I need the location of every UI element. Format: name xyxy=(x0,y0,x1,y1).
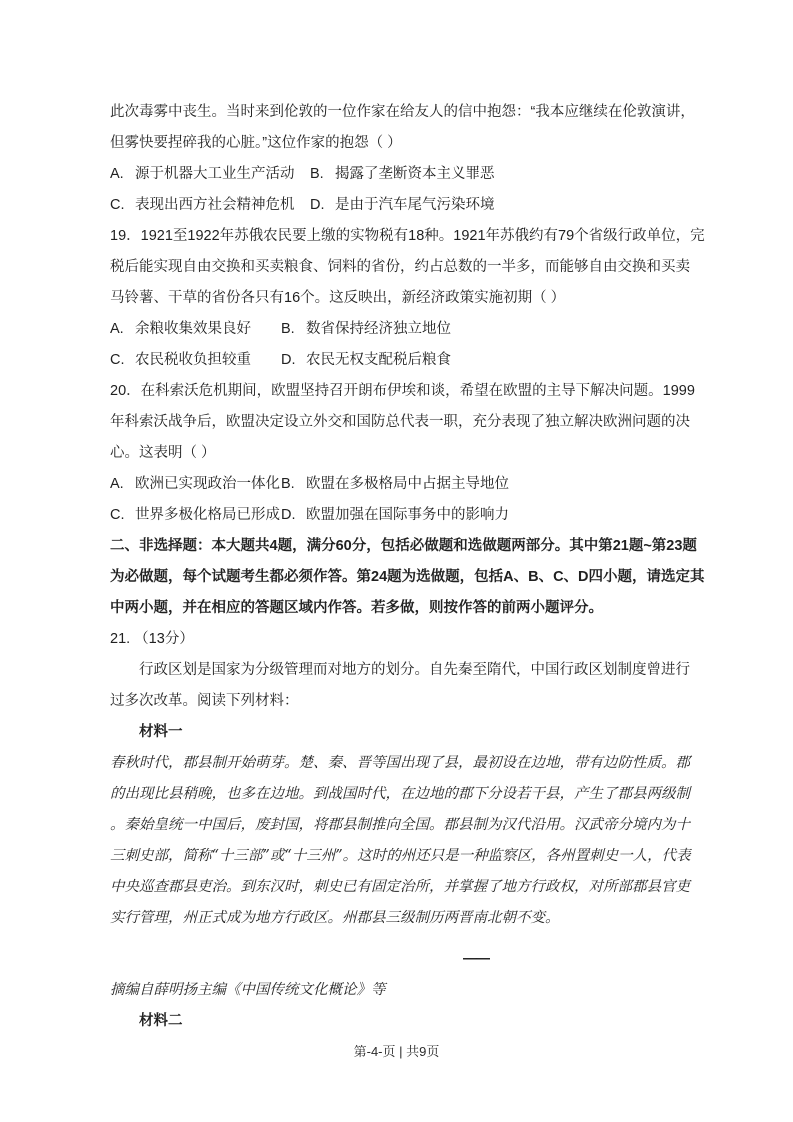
q18-option-b-label: B. xyxy=(310,159,335,190)
q18-option-a-text: 源于机器大工业生产活动 xyxy=(135,159,295,190)
q21-intro-line-1: 行政区划是国家为分级管理而对地方的划分。自先秦至隋代，中国行政区划制度曾进行 xyxy=(110,655,688,686)
q20-option-d-text: 欧盟加强在国际事务中的影响力 xyxy=(306,500,509,531)
q18-option-d-text: 是由于汽车尾气污染环境 xyxy=(335,190,495,221)
q20-option-b-label: B. xyxy=(281,469,306,500)
q20-stem-line-1: 20．在科索沃危机期间，欧盟坚持召开朗布伊埃和谈，希望在欧盟的主导下解决问题。1… xyxy=(110,376,688,407)
q19-option-d: D. 农民无权支配税后粮食 xyxy=(281,345,451,376)
q19-stem-line-3: 马铃薯、干草的省份各只有16个。这反映出，新经济政策实施初期（ ） xyxy=(110,283,688,314)
q20-stem-line-2: 年科索沃战争后，欧盟决定设立外交和国防总代表一职，充分表现了独立解决欧洲问题的决 xyxy=(110,407,688,438)
material-1-line-3: 。秦始皇统一中国后，废封国，将郡县制推向全国。郡县制为汉代沿用。汉武帝分境内为十 xyxy=(110,810,688,841)
q19-stem-line-2: 税后能实现自由交换和买卖粮食、饲料的省份，约占总数的一半多，而能够自由交换和买卖 xyxy=(110,252,688,283)
q20-option-b-text: 欧盟在多极格局中占据主导地位 xyxy=(306,469,509,500)
q20-options-row-cd: C. 世界多极化格局已形成 D. 欧盟加强在国际事务中的影响力 xyxy=(110,500,688,531)
q20-option-a: A. 欧洲已实现政治一体化 xyxy=(110,469,281,500)
attribution-dash: —— xyxy=(110,944,688,975)
q20-option-a-text: 欧洲已实现政治一体化 xyxy=(135,469,280,500)
q20-stem-line-3: 心。这表明（ ） xyxy=(110,438,688,469)
q20-option-d-label: D. xyxy=(281,500,306,531)
q19-options-row-cd: C. 农民税收负担较重 D. 农民无权支配税后粮食 xyxy=(110,345,688,376)
q18-stem-line-2: 但雾快要捏碎我的心脏。”这位作家的抱怨（ ） xyxy=(110,128,688,159)
q18-option-a-label: A. xyxy=(110,159,135,190)
material-1-line-5: 中央巡查郡县吏治。到东汉时，刺史已有固定治所，并掌握了地方行政权，对所部郡县官吏 xyxy=(110,872,688,903)
q21-number: 21. （13分） xyxy=(110,624,688,655)
q19-options-row-ab: A. 余粮收集效果良好 B. 数省保持经济独立地位 xyxy=(110,314,688,345)
attribution-source: 摘编自薛明扬主编《中国传统文化概论》等 xyxy=(110,975,688,1006)
q19-option-b: B. 数省保持经济独立地位 xyxy=(281,314,451,345)
q20-option-a-label: A. xyxy=(110,469,135,500)
q18-option-c: C. 表现出西方社会精神危机 xyxy=(110,190,310,221)
exam-page: 此次毒雾中丧生。当时来到伦敦的一位作家在给友人的信中抱怨：“我本应继续在伦敦演讲… xyxy=(0,0,793,1122)
page-content: 此次毒雾中丧生。当时来到伦敦的一位作家在给友人的信中抱怨：“我本应继续在伦敦演讲… xyxy=(110,97,688,1037)
q19-option-a: A. 余粮收集效果良好 xyxy=(110,314,281,345)
material-1-line-1: 春秋时代，郡县制开始萌芽。楚、秦、晋等国出现了县，最初设在边地，带有边防性质。郡 xyxy=(110,748,688,779)
q18-option-a: A. 源于机器大工业生产活动 xyxy=(110,159,310,190)
material-1-line-4: 三刺史部，简称“十三部”或“十三州”。这时的州还只是一种监察区，各州置刺史一人，… xyxy=(110,841,688,872)
q19-stem-line-1: 19．1921至1922年苏俄农民要上缴的实物税有18种。1921年苏俄约有79… xyxy=(110,221,688,252)
q19-option-b-label: B. xyxy=(281,314,306,345)
material-1-line-6: 实行管理，州正式成为地方行政区。州郡县三级制历两晋南北朝不变。 xyxy=(110,903,688,934)
q18-option-b: B. 揭露了垄断资本主义罪恶 xyxy=(310,159,495,190)
q19-option-a-label: A. xyxy=(110,314,135,345)
q18-options-row-cd: C. 表现出西方社会精神危机 D. 是由于汽车尾气污染环境 xyxy=(110,190,688,221)
q20-option-c-label: C. xyxy=(110,500,135,531)
q19-option-c: C. 农民税收负担较重 xyxy=(110,345,281,376)
material-1-line-2: 的出现比县稍晚，也多在边地。到战国时代，在边地的郡下分设若干县，产生了郡县两级制 xyxy=(110,779,688,810)
material-1-label: 材料一 xyxy=(110,717,688,748)
section-2-header-line-1: 二、非选择题：本大题共4题，满分60分，包括必做题和选做题两部分。其中第21题~… xyxy=(110,531,688,562)
q20-option-c: C. 世界多极化格局已形成 xyxy=(110,500,281,531)
q18-option-c-text: 表现出西方社会精神危机 xyxy=(135,190,295,221)
q18-option-d: D. 是由于汽车尾气污染环境 xyxy=(310,190,495,221)
q18-option-c-label: C. xyxy=(110,190,135,221)
q21-intro-line-2: 过多次改革。阅读下列材料： xyxy=(110,686,688,717)
material-2-label: 材料二 xyxy=(110,1006,688,1037)
q18-stem-line-1: 此次毒雾中丧生。当时来到伦敦的一位作家在给友人的信中抱怨：“我本应继续在伦敦演讲… xyxy=(110,97,688,128)
page-footer: 第-4-页 | 共9页 xyxy=(0,1041,793,1060)
section-2-header-line-3: 中两小题，并在相应的答题区域内作答。若多做，则按作答的前两小题评分。 xyxy=(110,593,688,624)
q19-option-c-label: C. xyxy=(110,345,135,376)
q20-option-d: D. 欧盟加强在国际事务中的影响力 xyxy=(281,500,509,531)
section-2-header-line-2: 为必做题，每个试题考生都必须作答。第24题为选做题，包括A、B、C、D四小题，请… xyxy=(110,562,688,593)
q20-option-c-text: 世界多极化格局已形成 xyxy=(135,500,280,531)
q19-option-d-label: D. xyxy=(281,345,306,376)
q18-option-b-text: 揭露了垄断资本主义罪恶 xyxy=(335,159,495,190)
q19-option-c-text: 农民税收负担较重 xyxy=(135,345,251,376)
q18-options-row-ab: A. 源于机器大工业生产活动 B. 揭露了垄断资本主义罪恶 xyxy=(110,159,688,190)
q18-option-d-label: D. xyxy=(310,190,335,221)
q19-option-a-text: 余粮收集效果良好 xyxy=(135,314,251,345)
q19-option-b-text: 数省保持经济独立地位 xyxy=(306,314,451,345)
q20-options-row-ab: A. 欧洲已实现政治一体化 B. 欧盟在多极格局中占据主导地位 xyxy=(110,469,688,500)
q20-option-b: B. 欧盟在多极格局中占据主导地位 xyxy=(281,469,509,500)
q19-option-d-text: 农民无权支配税后粮食 xyxy=(306,345,451,376)
